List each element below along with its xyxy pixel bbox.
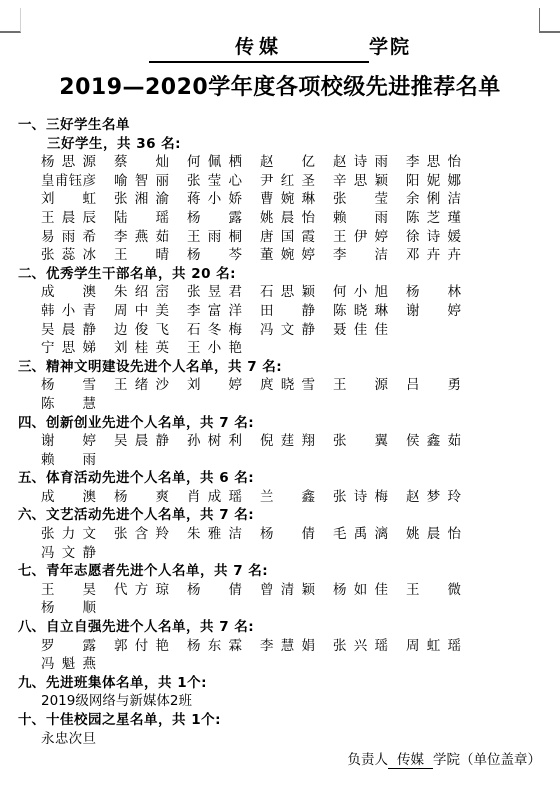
section-number: 八、 <box>18 618 46 637</box>
student-name: 赵亿 <box>260 153 315 172</box>
section-heading: 二、优秀学生干部名单，共 20 名: <box>18 265 542 284</box>
student-name: 姚晨怡 <box>406 525 461 544</box>
student-name: 王源 <box>333 376 388 395</box>
document-page: 传媒学院 2019—2020学年度各项校级先进推荐名单 一、三好学生名单三好学生… <box>0 0 560 799</box>
student-name: 杨露 <box>187 209 242 228</box>
section-title: 文艺活动先进个人名单，共 7 名: <box>46 506 254 525</box>
name-row: 宁思娣刘桂英王小艳 <box>41 339 542 358</box>
student-name: 冯文静 <box>41 544 96 563</box>
name-row: 谢婷吴晨静孙树利倪莛翔张翼侯鑫茹 <box>41 432 542 451</box>
section: 九、先进班集体名单，共 1个:2019级网络与新媒体2班 <box>18 674 542 711</box>
name-row: 杨思源蔡灿何佩栖赵亿赵诗雨李思怡 <box>41 153 542 172</box>
student-name: 成澳 <box>41 488 96 507</box>
student-name: 杨芩 <box>187 246 242 265</box>
student-name: 杨倩 <box>260 525 315 544</box>
name-row: 杨顺 <box>41 599 542 618</box>
name-row: 赖雨 <box>41 451 542 470</box>
student-name: 肖成瑶 <box>187 488 242 507</box>
section-heading: 三、精神文明建设先进个人名单，共 7 名: <box>18 358 542 377</box>
section-heading: 七、青年志愿者先进个人名单，共 7 名: <box>18 562 542 581</box>
section-title: 精神文明建设先进个人名单，共 7 名: <box>46 358 282 377</box>
section-title: 先进班集体名单，共 1个: <box>46 674 207 693</box>
student-name: 刘虹 <box>41 190 96 209</box>
student-name: 王昊 <box>41 581 96 600</box>
school-suffix: 学院 <box>369 36 411 58</box>
student-name: 庹晓雪 <box>260 376 315 395</box>
section: 五、体育活动先进个人名单，共 6 名:成澳杨爽肖成瑶兰鑫张诗梅赵梦玲 <box>18 469 542 506</box>
name-row: 成澳杨爽肖成瑶兰鑫张诗梅赵梦玲 <box>41 488 542 507</box>
student-name: 邓卉卉 <box>406 246 461 265</box>
student-name: 罗露 <box>41 637 96 656</box>
name-row: 陈慧 <box>41 395 542 414</box>
section-title: 体育活动先进个人名单，共 6 名: <box>46 469 254 488</box>
section-title: 自立自强先进个人名单，共 7 名: <box>46 618 254 637</box>
student-name: 张诗梅 <box>333 488 388 507</box>
student-name: 刘桂英 <box>114 339 169 358</box>
section-heading: 十、十佳校园之星名单，共 1个: <box>18 711 542 730</box>
student-name: 李思怡 <box>406 153 461 172</box>
section: 四、创新创业先进个人名单，共 7 名:谢婷吴晨静孙树利倪莛翔张翼侯鑫茹赖雨 <box>18 414 542 470</box>
student-name: 李燕茹 <box>114 228 169 247</box>
section: 十、十佳校园之星名单，共 1个:永忠次旦 <box>18 711 542 748</box>
student-name: 毛禹漓 <box>333 525 388 544</box>
student-name: 杨思源 <box>41 153 96 172</box>
student-name: 何佩栖 <box>187 153 242 172</box>
section-title: 十佳校园之星名单，共 1个: <box>46 711 221 730</box>
student-name: 李富洋 <box>187 302 242 321</box>
student-name: 田静 <box>260 302 315 321</box>
student-name: 张力文 <box>41 525 96 544</box>
name-row: 张蕊冰王晴杨芩董婉婷李洁邓卉卉 <box>41 246 542 265</box>
school-name-underlined: 传媒 <box>149 34 369 63</box>
section-number: 四、 <box>18 414 46 433</box>
student-name: 周中美 <box>114 302 169 321</box>
section-heading: 六、文艺活动先进个人名单，共 7 名: <box>18 506 542 525</box>
student-name: 徐诗媛 <box>406 228 461 247</box>
section: 一、三好学生名单三好学生，共 36 名:杨思源蔡灿何佩栖赵亿赵诗雨李思怡皇甫钰彦… <box>18 116 542 265</box>
student-name: 蒋小娇 <box>187 190 242 209</box>
section-number: 十、 <box>18 711 46 730</box>
student-name: 石冬梅 <box>187 321 242 340</box>
student-name: 杨林 <box>406 283 461 302</box>
student-name: 易雨希 <box>41 228 96 247</box>
name-row: 成澳朱绍崈张昱君石思颖何小旭杨林 <box>41 283 542 302</box>
student-name: 王伊婷 <box>333 228 388 247</box>
name-row: 王昊代方琼杨倩曾清颖杨如佳王微 <box>41 581 542 600</box>
student-name: 何小旭 <box>333 283 388 302</box>
student-name: 陈晓琳 <box>333 302 388 321</box>
student-name: 尹红圣 <box>260 172 315 191</box>
student-name: 王小艳 <box>187 339 242 358</box>
student-name: 阳妮娜 <box>406 172 461 191</box>
student-name: 杨爽 <box>114 488 169 507</box>
section-number: 一、 <box>18 116 46 135</box>
student-name: 赖雨 <box>333 209 388 228</box>
student-name: 吕勇 <box>406 376 461 395</box>
student-name: 冯文静 <box>260 321 315 340</box>
section-heading: 五、体育活动先进个人名单，共 6 名: <box>18 469 542 488</box>
student-name: 成澳 <box>41 283 96 302</box>
student-name: 韩小青 <box>41 302 96 321</box>
signature-school-underlined: 传媒 <box>388 748 433 769</box>
name-row: 杨雪王绪沙刘婷庹晓雪王源吕勇 <box>41 376 542 395</box>
student-name: 陆瑶 <box>114 209 169 228</box>
signature-suffix: 学院（单位盖章） <box>433 752 541 768</box>
student-name: 吴晨静 <box>41 321 96 340</box>
student-name: 张莹心 <box>187 172 242 191</box>
student-name: 杨倩 <box>187 581 242 600</box>
student-name: 王晨辰 <box>41 209 96 228</box>
student-name: 宁思娣 <box>41 339 96 358</box>
student-name: 曾清颖 <box>260 581 315 600</box>
student-name: 唐国霞 <box>260 228 315 247</box>
text-boundary-mark-left <box>0 8 21 33</box>
student-name: 张湘渝 <box>114 190 169 209</box>
section: 二、优秀学生干部名单，共 20 名:成澳朱绍崈张昱君石思颖何小旭杨林韩小青周中美… <box>18 265 542 358</box>
student-name: 张昱君 <box>187 283 242 302</box>
name-row: 张力文张含羚朱雅洁杨倩毛禹漓姚晨怡 <box>41 525 542 544</box>
section-number: 二、 <box>18 265 46 284</box>
student-name: 蔡灿 <box>114 153 169 172</box>
student-name: 李慧娟 <box>260 637 315 656</box>
section-number: 六、 <box>18 506 46 525</box>
student-name: 姚晨怡 <box>260 209 315 228</box>
section-title: 青年志愿者先进个人名单，共 7 名: <box>46 562 268 581</box>
section: 八、自立自强先进个人名单，共 7 名:罗露郭付艳杨东霖李慧娟张兴瑶周虹瑶冯魁燕 <box>18 618 542 674</box>
student-name: 郭付艳 <box>114 637 169 656</box>
student-name: 冯魁燕 <box>41 655 96 674</box>
student-name: 谢婷 <box>406 302 461 321</box>
section-heading: 四、创新创业先进个人名单，共 7 名: <box>18 414 542 433</box>
student-name: 皇甫钰彦 <box>41 172 96 191</box>
section-number: 九、 <box>18 674 46 693</box>
name-row: 韩小青周中美李富洋田静陈晓琳谢婷 <box>41 302 542 321</box>
name-row: 王晨辰陆瑶杨露姚晨怡赖雨陈芝瑾 <box>41 209 542 228</box>
student-name: 杨雪 <box>41 376 96 395</box>
student-name: 陈芝瑾 <box>406 209 461 228</box>
student-name: 董婉婷 <box>260 246 315 265</box>
student-name: 永忠次旦 <box>41 730 96 749</box>
student-name: 吴晨静 <box>114 432 169 451</box>
student-name: 聂佳佳 <box>333 321 388 340</box>
student-name: 代方琼 <box>114 581 169 600</box>
name-row: 易雨希李燕茹王雨桐唐国霞王伊婷徐诗媛 <box>41 228 542 247</box>
sections: 一、三好学生名单三好学生，共 36 名:杨思源蔡灿何佩栖赵亿赵诗雨李思怡皇甫钰彦… <box>0 101 560 748</box>
student-name: 周虹瑶 <box>406 637 461 656</box>
name-row: 皇甫钰彦喻智丽张莹心尹红圣辛思颖阳妮娜 <box>41 172 542 191</box>
section-title: 三好学生名单 <box>46 116 130 135</box>
student-name: 倪莛翔 <box>260 432 315 451</box>
student-name: 朱雅洁 <box>187 525 242 544</box>
student-name: 张莹 <box>333 190 388 209</box>
student-name: 朱绍崈 <box>114 283 169 302</box>
section-title: 创新创业先进个人名单，共 7 名: <box>46 414 254 433</box>
student-name: 杨顺 <box>41 599 96 618</box>
page-title: 2019—2020学年度各项校级先进推荐名单 <box>0 70 560 101</box>
student-name: 边俊飞 <box>114 321 169 340</box>
name-row: 冯魁燕 <box>41 655 542 674</box>
student-name: 张含羚 <box>114 525 169 544</box>
section: 七、青年志愿者先进个人名单，共 7 名:王昊代方琼杨倩曾清颖杨如佳王微杨顺 <box>18 562 542 618</box>
student-name: 刘婷 <box>187 376 242 395</box>
student-name: 张翼 <box>333 432 388 451</box>
student-name: 陈慧 <box>41 395 96 414</box>
footer-signature: 负责人传媒学院（单位盖章） <box>348 748 542 769</box>
student-name: 石思颖 <box>260 283 315 302</box>
student-name: 兰鑫 <box>260 488 315 507</box>
section-heading: 八、自立自强先进个人名单，共 7 名: <box>18 618 542 637</box>
student-name: 张蕊冰 <box>41 246 96 265</box>
section-heading: 一、三好学生名单 <box>18 116 542 135</box>
student-name: 杨东霖 <box>187 637 242 656</box>
name-row: 罗露郭付艳杨东霖李慧娟张兴瑶周虹瑶 <box>41 637 542 656</box>
student-name: 喻智丽 <box>114 172 169 191</box>
text-boundary-mark-right <box>539 8 560 33</box>
name-row: 2019级网络与新媒体2班 <box>41 692 542 711</box>
school-title-line: 传媒学院 <box>0 0 560 63</box>
student-name: 侯鑫茹 <box>406 432 461 451</box>
student-name: 赵梦玲 <box>406 488 461 507</box>
student-name: 2019级网络与新媒体2班 <box>41 692 192 711</box>
student-name: 曹婉琳 <box>260 190 315 209</box>
student-name: 王微 <box>406 581 461 600</box>
name-row: 吴晨静边俊飞石冬梅冯文静聂佳佳 <box>41 321 542 340</box>
name-row: 刘虹张湘渝蒋小娇曹婉琳张莹余俐洁 <box>41 190 542 209</box>
student-name: 赖雨 <box>41 451 96 470</box>
section-subtitle: 三好学生，共 36 名: <box>47 135 542 154</box>
section-heading: 九、先进班集体名单，共 1个: <box>18 674 542 693</box>
signature-label: 负责人 <box>348 752 389 768</box>
section: 三、精神文明建设先进个人名单，共 7 名:杨雪王绪沙刘婷庹晓雪王源吕勇陈慧 <box>18 358 542 414</box>
student-name: 王绪沙 <box>114 376 169 395</box>
student-name: 王雨桐 <box>187 228 242 247</box>
student-name: 杨如佳 <box>333 581 388 600</box>
name-row: 冯文静 <box>41 544 542 563</box>
student-name: 余俐洁 <box>406 190 461 209</box>
student-name: 李洁 <box>333 246 388 265</box>
student-name: 孙树利 <box>187 432 242 451</box>
section-number: 五、 <box>18 469 46 488</box>
student-name: 张兴瑶 <box>333 637 388 656</box>
student-name: 谢婷 <box>41 432 96 451</box>
section-number: 三、 <box>18 358 46 377</box>
section-title: 优秀学生干部名单，共 20 名: <box>46 265 236 284</box>
section-number: 七、 <box>18 562 46 581</box>
name-row: 永忠次旦 <box>41 730 542 749</box>
section: 六、文艺活动先进个人名单，共 7 名:张力文张含羚朱雅洁杨倩毛禹漓姚晨怡冯文静 <box>18 506 542 562</box>
student-name: 王晴 <box>114 246 169 265</box>
student-name: 赵诗雨 <box>333 153 388 172</box>
student-name: 辛思颖 <box>333 172 388 191</box>
